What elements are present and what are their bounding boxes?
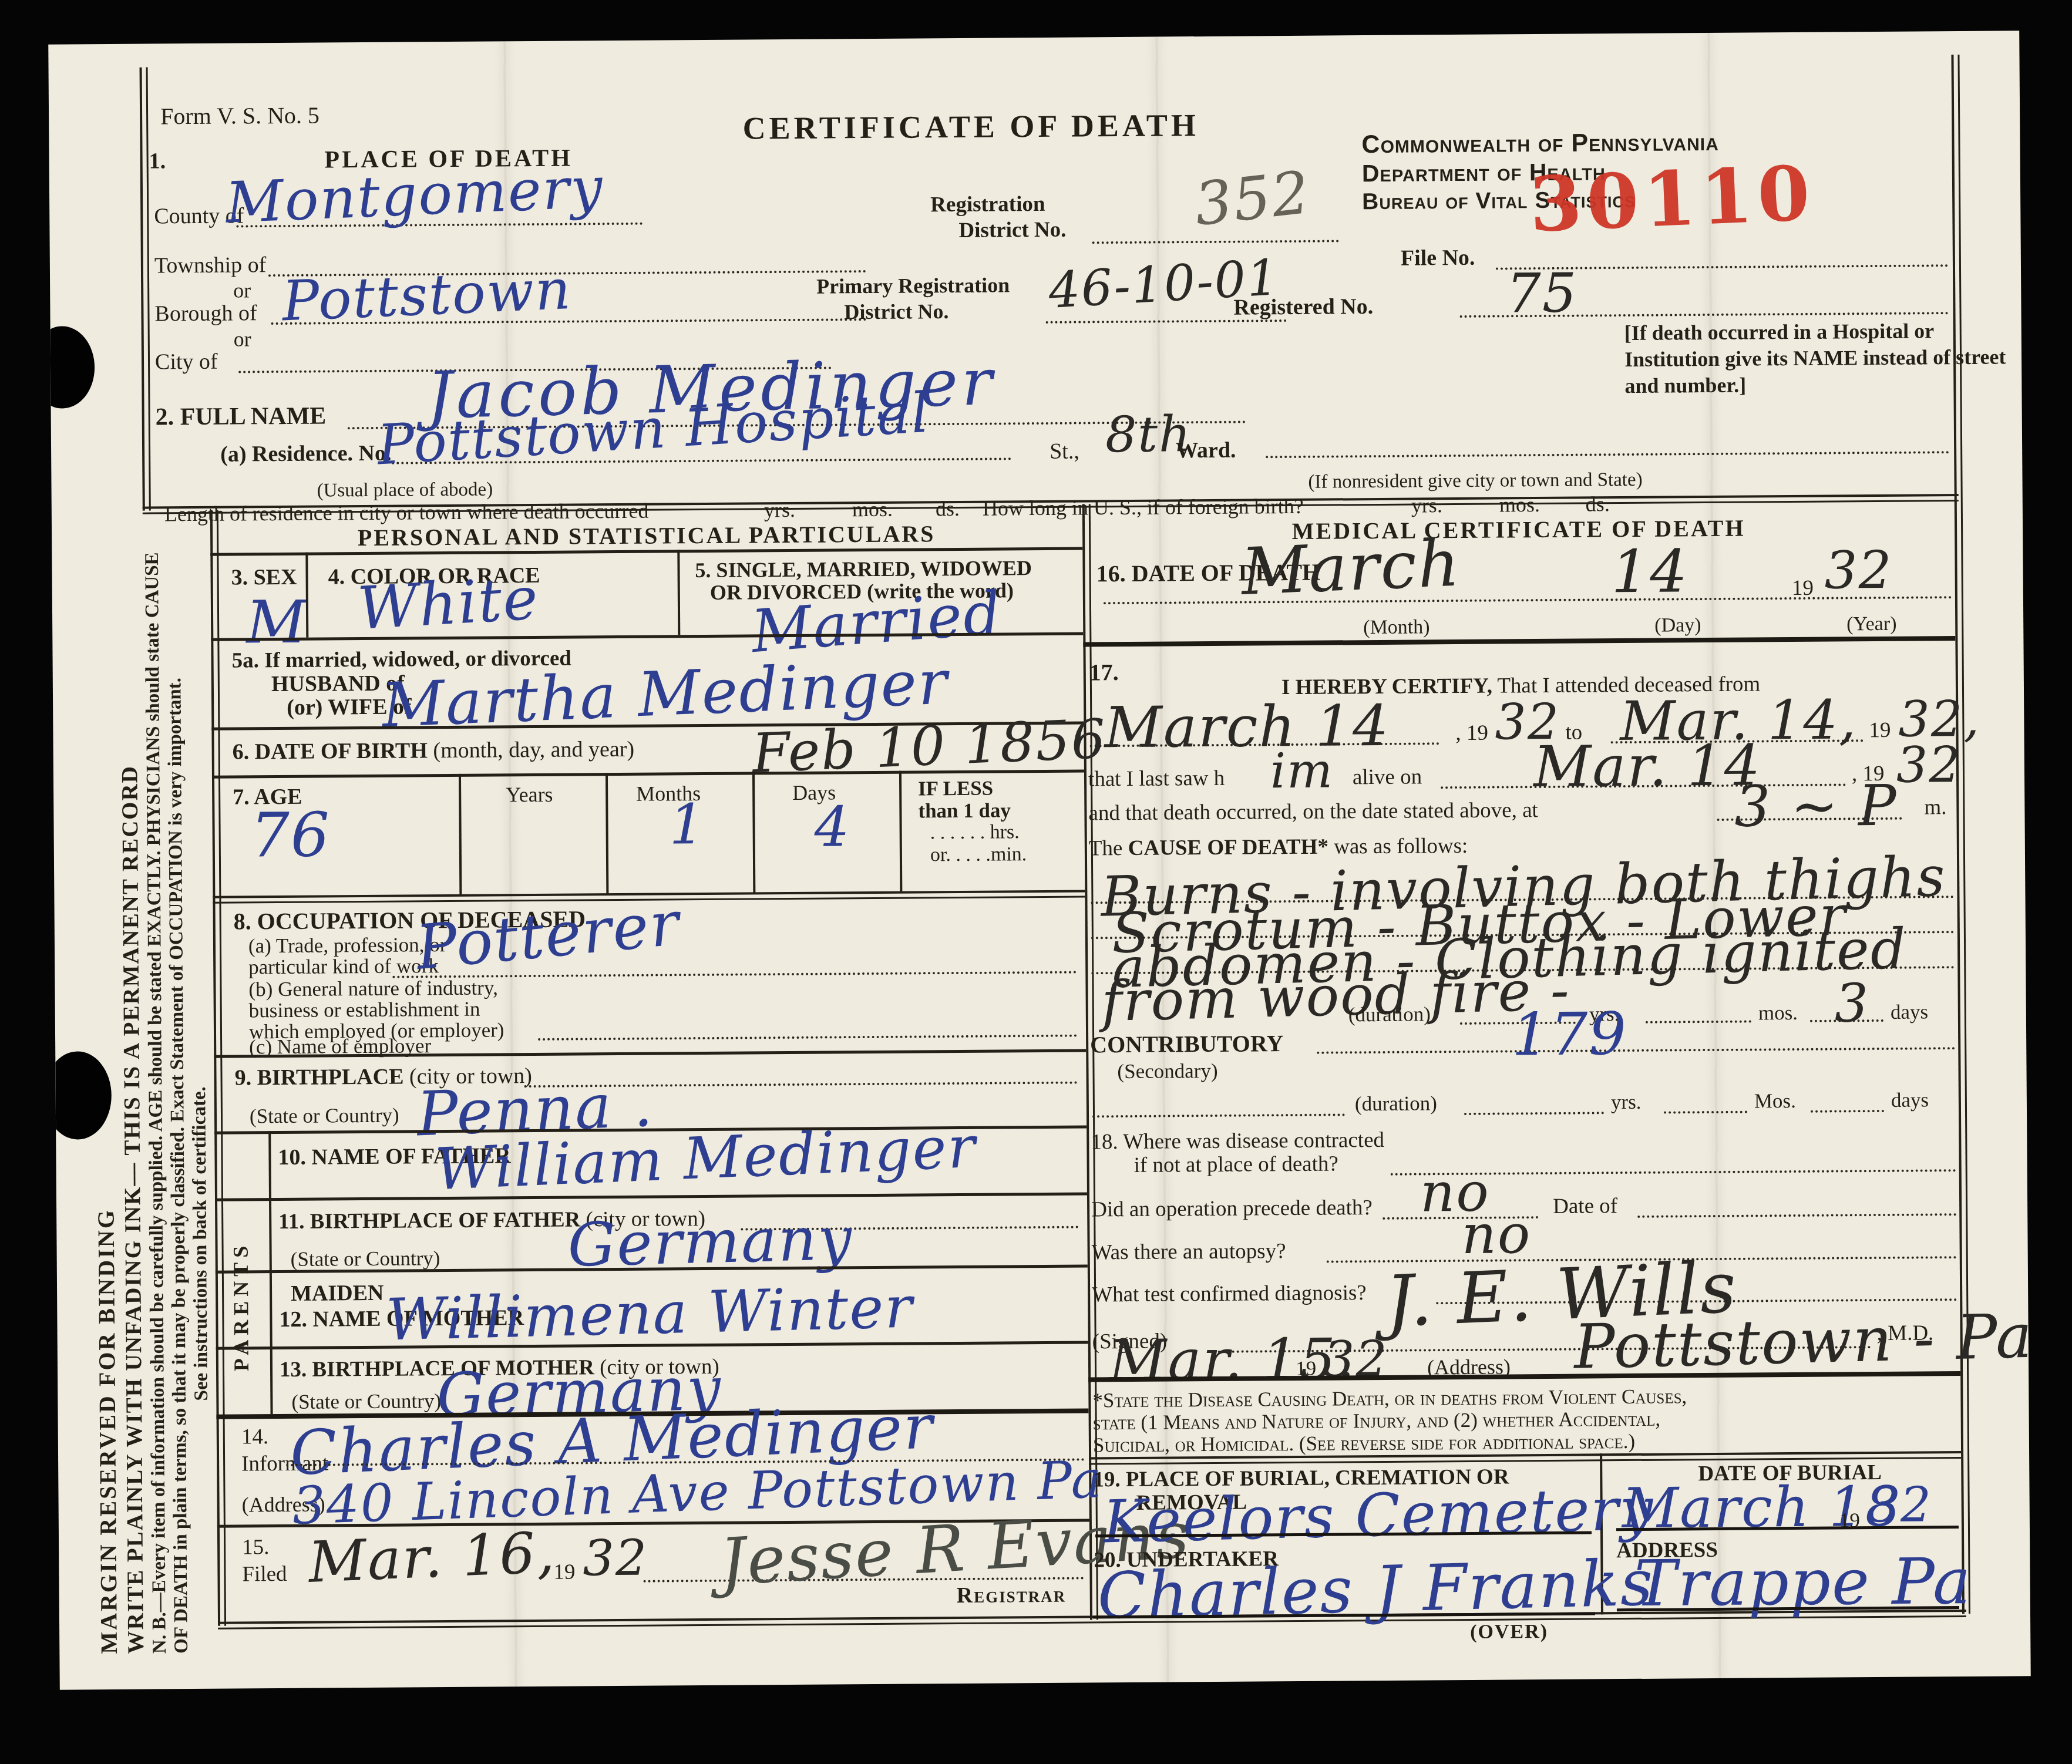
parents-label: PARENTS: [228, 1189, 254, 1423]
duration2-yrs-label: yrs.: [1611, 1090, 1642, 1114]
occ-b-line: [538, 1035, 1077, 1041]
operation-date-line: [1637, 1213, 1956, 1218]
maiden-label: MAIDEN: [291, 1280, 384, 1307]
certificate-paper: MARGIN RESERVED FOR BINDING WRITE PLAINL…: [48, 31, 2030, 1689]
mos-label: mos.: [1499, 492, 1540, 517]
sex-label: 3. SEX: [231, 564, 297, 591]
cell-divider: [305, 553, 308, 638]
where-contracted-label: 18. Where was disease contracted: [1091, 1127, 1384, 1154]
cell-divider: [677, 550, 680, 635]
cell-divider: [752, 772, 755, 894]
primary-registration-label: Primary Registration: [816, 272, 1010, 298]
attended-from-value: March 14: [1104, 693, 1390, 760]
registrar-label: Registrar: [957, 1582, 1067, 1608]
alive-on-label: alive on: [1353, 764, 1422, 790]
him-value: im: [1270, 743, 1334, 800]
agency-commonwealth: Commonwealth of Pennsylvania: [1361, 128, 1719, 159]
father-bp-label: 11. BIRTHPLACE OF FATHER: [278, 1207, 580, 1234]
yrs-label: yrs.: [764, 497, 795, 522]
last-saw-year-value: 32: [1896, 736, 1962, 794]
borough-value: Pottstown: [281, 258, 573, 334]
duration-label: (duration): [1348, 1002, 1431, 1026]
sex-value: M: [246, 588, 308, 657]
footnote-line-3: Suicidal, or Homicidal. (See reverse sid…: [1093, 1430, 1635, 1457]
burial-year-value: 32: [1868, 1477, 1932, 1533]
test-label: What test confirmed diagnosis?: [1092, 1280, 1367, 1307]
form-number: Form V. S. No. 5: [160, 102, 319, 130]
last-saw-value: Mar. 14: [1533, 732, 1762, 800]
item-14: 14.: [241, 1424, 269, 1449]
mos-label: mos.: [852, 497, 893, 521]
nonresident-note: (If nonresident give city or town and St…: [1308, 469, 1642, 493]
days-value: 4: [814, 795, 851, 859]
ifless-label2: than 1 day: [918, 799, 1011, 823]
or-word: or: [233, 278, 251, 302]
m-label: m.: [1924, 795, 1946, 820]
registration-district-value: 352: [1191, 158, 1314, 239]
duration-dots: [1646, 1021, 1751, 1024]
duration2-dots: [1464, 1112, 1604, 1115]
mother-bp-state-label: (State or Country): [291, 1389, 441, 1414]
registered-no-label: Registered No.: [1233, 294, 1373, 321]
duration-days-label: days: [1891, 1000, 1928, 1024]
filed-year-value: 32: [583, 1529, 648, 1587]
over-label: (OVER): [1470, 1621, 1548, 1644]
undertaker-value: Charles J Franks: [1096, 1546, 1654, 1633]
duration-days-value: 3: [1834, 972, 1869, 1034]
registered-no-value: 75: [1506, 262, 1578, 325]
death-time-value: 3 ~ P: [1734, 773, 1898, 840]
birthplace-label: 9. BIRTHPLACE: [234, 1065, 403, 1090]
ifless-min: or. . . . .min.: [930, 843, 1027, 866]
rule-thick: [1083, 636, 1955, 647]
signed-address-value: Pottstown - Pa.: [1573, 1300, 2030, 1383]
item-1: 1.: [149, 148, 166, 174]
howlong-label: How long in U. S., if of foreign birth?: [983, 494, 1304, 521]
cell-divider: [899, 771, 902, 893]
st-label: St.,: [1050, 439, 1079, 464]
contributory-value: 179: [1512, 999, 1628, 1069]
ifless-hrs: . . . . . . hrs.: [930, 821, 1020, 844]
filed-19: 19: [553, 1560, 575, 1585]
duration-mos-label: mos.: [1758, 1001, 1798, 1025]
full-name-label: 2. FULL NAME: [156, 402, 327, 431]
borough-label: Borough of: [154, 300, 257, 326]
cause-bold: CAUSE OF DEATH*: [1128, 835, 1328, 860]
age-value: 76: [250, 799, 331, 871]
hospital-note: [If death occurred in a Hospital or Inst…: [1624, 317, 2010, 399]
cell-divider: [606, 773, 608, 895]
dob-label: 6. DATE OF BIRTH: [233, 738, 428, 764]
cell-divider: [459, 774, 462, 896]
month-label: (Month): [1363, 616, 1430, 639]
signed-date-value: Mar. 15.: [1109, 1326, 1356, 1393]
burial-place-value: Keelors Cemetery: [1102, 1475, 1655, 1557]
death-day-value: 14: [1611, 537, 1688, 606]
duration2-dots: [1811, 1110, 1884, 1113]
duration2-dots: [1664, 1111, 1747, 1114]
birthplace-state-label: (State or Country): [250, 1104, 399, 1129]
day-label: (Day): [1654, 614, 1701, 637]
file-no-label: File No.: [1401, 245, 1475, 271]
cause-pre: The: [1089, 836, 1128, 860]
item-17: 17.: [1089, 658, 1119, 686]
duration2-mos-label: Mos.: [1754, 1089, 1796, 1113]
township-label: Township of: [154, 252, 267, 278]
death-month-value: March: [1240, 526, 1462, 610]
registration-label: Registration: [930, 191, 1045, 217]
years-label: Years: [506, 782, 553, 807]
last-saw-label: that I last saw h: [1088, 766, 1225, 792]
ward-line: [1266, 451, 1949, 458]
autopsy-label: Was there an autopsy?: [1092, 1238, 1286, 1265]
date-of-label: Date of: [1553, 1193, 1617, 1219]
scanned-death-certificate: MARGIN RESERVED FOR BINDING WRITE PLAINL…: [0, 0, 2072, 1764]
registration-line: [1092, 240, 1339, 244]
ward-label: Ward.: [1176, 437, 1236, 464]
duration2-dots: [1092, 1113, 1345, 1117]
contributory-line: [1317, 1047, 1955, 1054]
certificate-title: CERTIFICATE OF DEATH: [736, 107, 1206, 147]
months-value: 1: [669, 793, 706, 857]
ds-label: ds.: [1586, 492, 1610, 516]
ifless-label: IF LESS: [918, 777, 993, 801]
or-word: or: [234, 326, 251, 351]
operation-label: Did an operation precede death?: [1091, 1195, 1373, 1222]
ds-label: ds.: [936, 496, 960, 521]
year-label: (Year): [1846, 613, 1897, 636]
item-15: 15.: [242, 1534, 270, 1560]
registration-district-label: District No.: [958, 217, 1066, 243]
file-number-stamp: 30110: [1528, 149, 1816, 249]
duration2-days-label: days: [1891, 1088, 1929, 1112]
primary-district-label: District No.: [844, 299, 948, 324]
filed-label: Filed: [242, 1561, 287, 1587]
contributory-label: CONTRIBUTORY: [1090, 1029, 1283, 1058]
death-year-value: 32: [1824, 540, 1893, 601]
yrs-label: yrs.: [1411, 493, 1442, 517]
abode-note: (Usual place of abode): [317, 479, 493, 501]
father-bp-state-label: (State or Country): [291, 1247, 440, 1271]
residence-label: (a) Residence. No.: [220, 440, 392, 467]
cause-post: was as follows:: [1328, 834, 1468, 859]
city-label: City of: [155, 349, 218, 375]
duration2-label: (duration): [1355, 1092, 1437, 1116]
from-19: , 19: [1455, 721, 1488, 746]
right-border: [1951, 55, 1970, 1614]
filed-date-value: Mar. 16,: [307, 1519, 557, 1595]
to-19: 19: [1869, 718, 1891, 743]
death-occurred-label: and that death occurred, on the date sta…: [1088, 797, 1538, 826]
mother-value: Willimena Winter: [385, 1274, 914, 1354]
secondary-label: (Secondary): [1117, 1059, 1217, 1083]
dob-label-paren: (month, day, and year): [428, 737, 634, 763]
where-contracted-label2: if not at place of death?: [1133, 1151, 1338, 1177]
race-value: White: [356, 564, 541, 643]
